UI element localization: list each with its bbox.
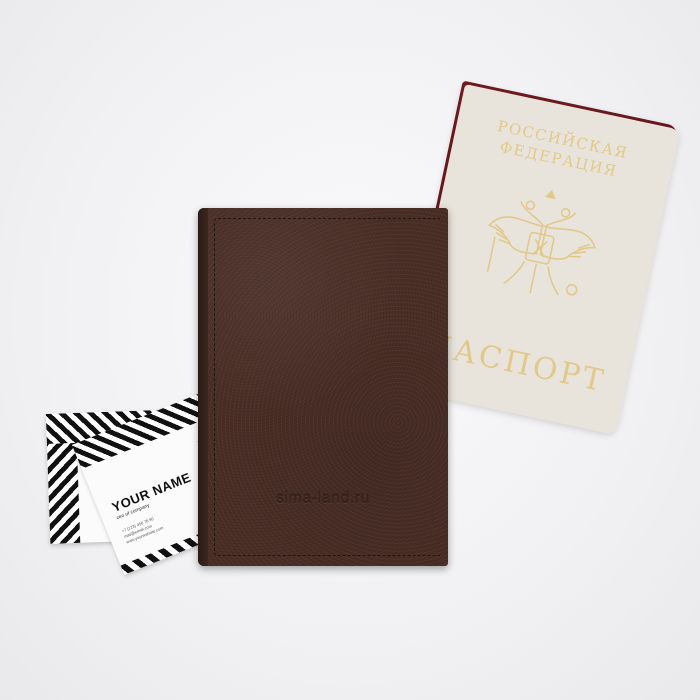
leather-passport-cover: sima-land.ru: [198, 208, 448, 566]
brand-emboss: sima-land.ru: [198, 490, 448, 508]
cover-spine-edge: [198, 208, 208, 566]
chevron-pattern: [47, 443, 80, 544]
card-name: YOUR NAME: [110, 470, 193, 515]
double-headed-eagle-icon: [467, 175, 613, 318]
